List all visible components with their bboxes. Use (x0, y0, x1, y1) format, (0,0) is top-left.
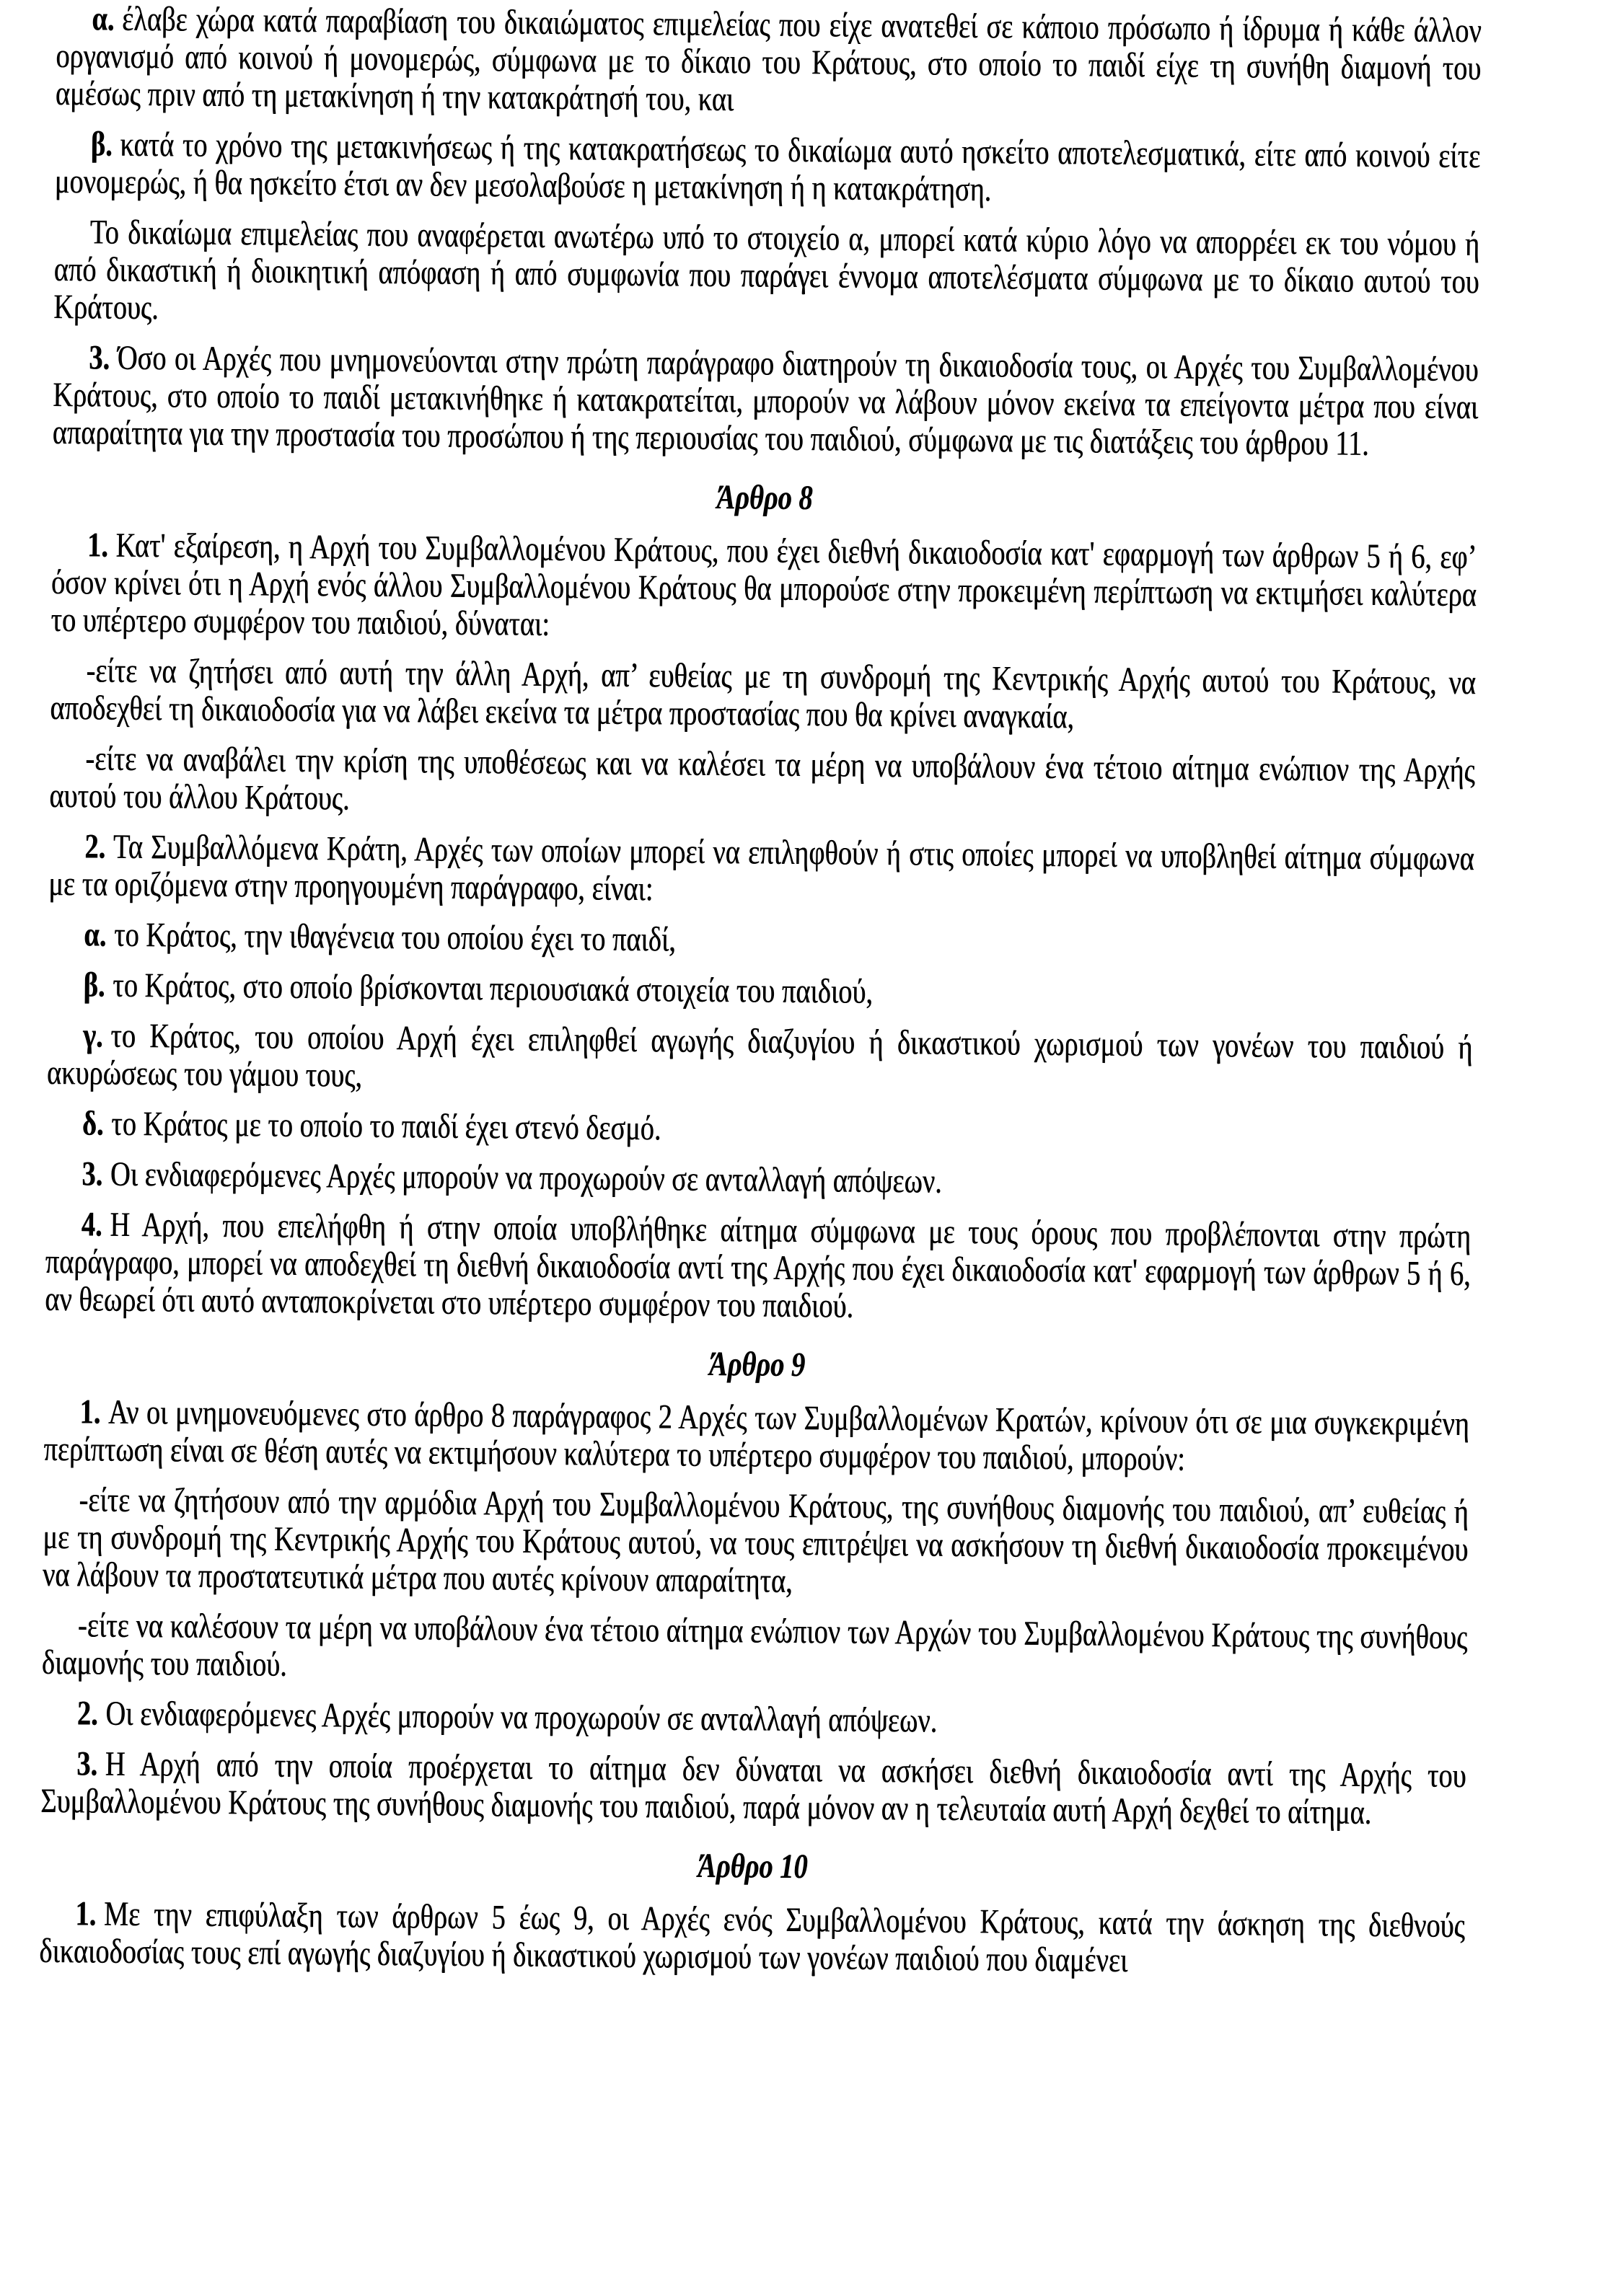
paragraph-label: 3. (82, 1154, 102, 1193)
document-page: α.έλαβε χώρα κατά παραβίαση του δικαιώμα… (0, 0, 1610, 2296)
paragraph-text: το Κράτος με το οποίο το παιδί έχει στεν… (111, 1105, 661, 1148)
article-heading-text: Άρθρο 9 (709, 1345, 806, 1384)
paragraph-label: 1. (75, 1894, 96, 1933)
paragraph-text: Αν οι μνημονευόμενες στο άρθρο 8 παράγρα… (43, 1393, 1469, 1478)
paragraph-text: -είτε να καλέσουν τα μέρη να υποβάλουν έ… (42, 1606, 1468, 1684)
document-text-block: α.έλαβε χώρα κατά παραβίαση του δικαιώμα… (39, 0, 1482, 1995)
paragraph-label: 3. (76, 1744, 97, 1783)
paragraph: 4.Η Αρχή, που επελήφθη ή στην οποία υποβ… (45, 1206, 1471, 1330)
paragraph: 1.Αν οι μνημονευόμενες στο άρθρο 8 παράγ… (43, 1393, 1469, 1480)
paragraph-text: Τα Συμβαλλόμενα Κράτη, Αρχές των οποίων … (48, 828, 1474, 909)
paragraph: 2.Τα Συμβαλλόμενα Κράτη, Αρχές των οποίω… (48, 828, 1474, 915)
paragraph-label: δ. (82, 1104, 104, 1142)
paragraph-text: Οι ενδιαφερόμενες Αρχές μπορούν να προχω… (110, 1155, 942, 1201)
paragraph-label: γ. (83, 1016, 103, 1054)
paragraph: γ.το Κράτος, του οποίου Αρχή έχει επιληφ… (47, 1017, 1473, 1104)
paragraph: -είτε να ζητήσει από αυτή την άλλη Αρχή,… (50, 652, 1476, 739)
paragraph: -είτε να ζητήσουν από την αρμόδια Αρχή τ… (43, 1481, 1469, 1606)
paragraph: δ.το Κράτος με το οποίο το παιδί έχει στ… (46, 1105, 1472, 1154)
paragraph-text: -είτε να ζητήσει από αυτή την άλλη Αρχή,… (50, 651, 1476, 736)
paragraph: -είτε να καλέσουν τα μέρη να υποβάλουν έ… (42, 1607, 1468, 1694)
paragraph: α.το Κράτος, την ιθαγένεια του οποίου έχ… (48, 916, 1473, 966)
paragraph-label: 2. (84, 827, 105, 865)
paragraph-label: 1. (87, 526, 108, 564)
article-heading-text: Άρθρο 8 (716, 478, 813, 517)
paragraph-text: -είτε να ζητήσουν από την αρμόδια Αρχή τ… (43, 1480, 1469, 1600)
paragraph: β.το Κράτος, στο οποίο βρίσκονται περιου… (48, 966, 1473, 1016)
paragraph: 3.Όσο οι Αρχές που μνημονεύονται στην πρ… (53, 339, 1479, 464)
paragraph-label: β. (83, 966, 105, 1004)
paragraph-label: 3. (89, 338, 110, 376)
paragraph-text: Οι ενδιαφερόμενες Αρχές μπορούν να προχω… (105, 1695, 937, 1740)
paragraph: -είτε να αναβάλει την κρίση της υποθέσεω… (49, 740, 1475, 827)
paragraph: 3.Οι ενδιαφερόμενες Αρχές μπορούν να προ… (46, 1155, 1472, 1205)
article-heading: Άρθρο 8 (52, 473, 1477, 523)
paragraph-text: -είτε να αναβάλει την κρίση της υποθέσεω… (49, 739, 1475, 817)
paragraph-label: β. (91, 125, 113, 163)
paragraph-label: α. (84, 915, 106, 953)
paragraph-text: Η Αρχή από την οποία προέρχεται το αίτημ… (40, 1745, 1466, 1832)
paragraph-text: Το δικαίωμα επιμελείας που αναφέρεται αν… (53, 213, 1479, 327)
paragraph: 1.Με την επιφύλαξη των άρθρων 5 έως 9, ο… (39, 1895, 1465, 1982)
paragraph: 3.Η Αρχή από την οποία προέρχεται το αίτ… (40, 1745, 1466, 1832)
article-heading-text: Άρθρο 10 (698, 1847, 808, 1886)
paragraph-label: 4. (82, 1205, 102, 1243)
paragraph-text: το Κράτος, στο οποίο βρίσκονται περιουσι… (113, 966, 873, 1011)
paragraph-text: το Κράτος, του οποίου Αρχή έχει επιληφθε… (47, 1017, 1473, 1095)
paragraph-label: 2. (77, 1694, 98, 1732)
paragraph-text: Κατ' εξαίρεση, η Αρχή του Συμβαλλομένου … (50, 526, 1477, 643)
paragraph-text: Με την επιφύλαξη των άρθρων 5 έως 9, οι … (39, 1895, 1465, 1979)
paragraph-text: το Κράτος, την ιθαγένεια του οποίου έχει… (114, 916, 676, 959)
paragraph-label: 1. (79, 1392, 100, 1431)
paragraph: β.κατά το χρόνο της μετακινήσεως ή της κ… (55, 125, 1481, 213)
paragraph-text: κατά το χρόνο της μετακινήσεως ή της κατ… (55, 125, 1481, 209)
paragraph-text: Όσο οι Αρχές που μνημονεύονται στην πρώτ… (53, 339, 1479, 463)
paragraph-text: έλαβε χώρα κατά παραβίαση του δικαιώματο… (56, 0, 1482, 118)
paragraph-label: α. (92, 0, 114, 38)
paragraph: 1.Κατ' εξαίρεση, η Αρχή του Συμβαλλομένο… (50, 526, 1477, 651)
article-heading: Άρθρο 9 (44, 1340, 1469, 1390)
paragraph-text: Η Αρχή, που επελήφθη ή στην οποία υποβλή… (45, 1206, 1471, 1325)
article-heading: Άρθρο 10 (40, 1842, 1465, 1891)
paragraph: 2.Οι ενδιαφερόμενες Αρχές μπορούν να προ… (41, 1695, 1466, 1744)
paragraph: α.έλαβε χώρα κατά παραβίαση του δικαιώμα… (56, 0, 1482, 125)
paragraph: Το δικαίωμα επιμελείας που αναφέρεται αν… (53, 213, 1479, 338)
